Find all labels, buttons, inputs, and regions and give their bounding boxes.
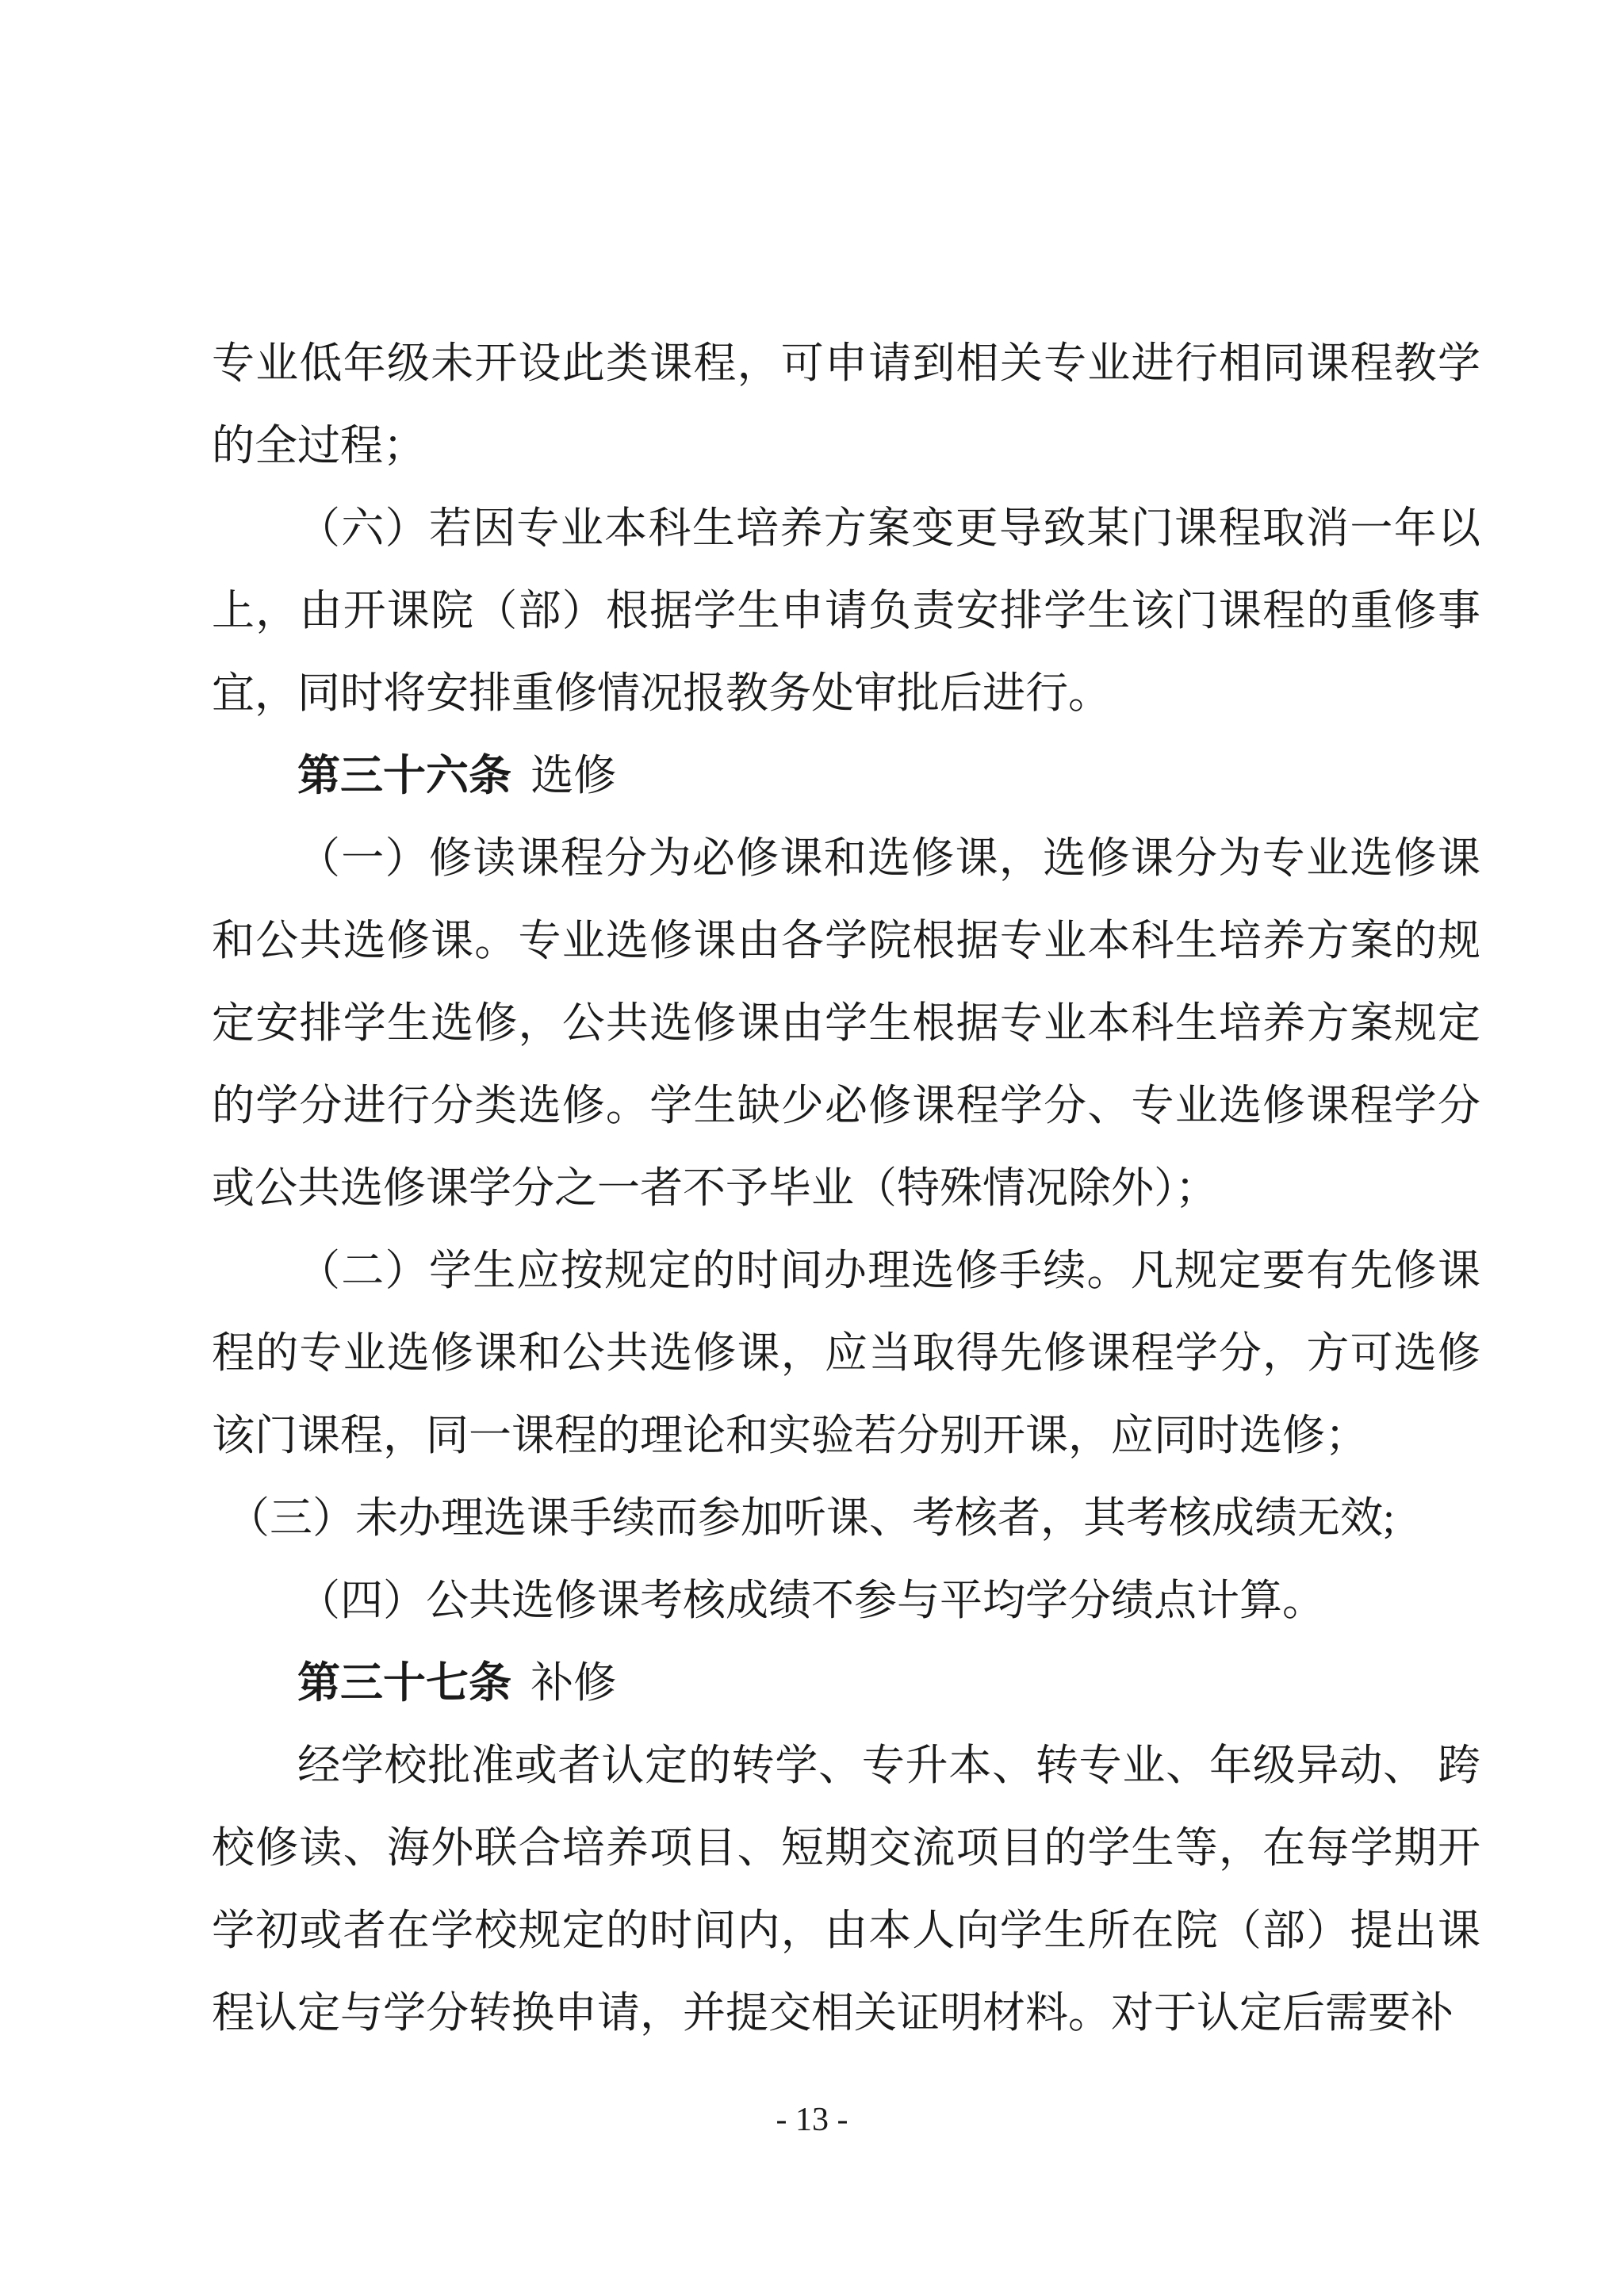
article-37-heading: 第三十七条补修 — [212, 1642, 1480, 1724]
page-number: - 13 - — [0, 2099, 1624, 2141]
clause-1-paragraph: （一）修读课程分为必修课和选修课，选修课分为专业选修课和公共选修课。专业选修课由… — [212, 817, 1480, 1229]
article-36-title: 选修 — [530, 752, 616, 799]
article-37-body-paragraph: 经学校批准或者认定的转学、专升本、转专业、年级异动、 跨校修读、海外联合培养项目… — [212, 1724, 1480, 2054]
clause-4-paragraph: （四）公共选修课考核成绩不参与平均学分绩点计算。 — [212, 1559, 1480, 1642]
body-text: 专业低年级未开设此类课程，可申请到相关专业进行相同课程教学的全过程； （六）若因… — [212, 322, 1480, 2054]
clause-3-paragraph: （三）未办理选课手续而参加听课、考核者，其考核成绩无效; — [212, 1477, 1480, 1559]
document-page: 专业低年级未开设此类课程，可申请到相关专业进行相同课程教学的全过程； （六）若因… — [0, 0, 1624, 2296]
article-36-heading: 第三十六条选修 — [212, 734, 1480, 817]
article-36-number: 第三十六条 — [297, 752, 511, 799]
paragraph-continuation: 专业低年级未开设此类课程，可申请到相关专业进行相同课程教学的全过程； — [212, 322, 1480, 487]
article-37-title: 补修 — [530, 1659, 616, 1707]
clause-6-paragraph: （六）若因专业本科生培养方案变更导致某门课程取消一年以上，由开课院（部）根据学生… — [212, 487, 1480, 734]
clause-2-paragraph: （二）学生应按规定的时间办理选修手续。凡规定要有先修课程的专业选修课和公共选修课… — [212, 1229, 1480, 1477]
article-37-number: 第三十七条 — [297, 1659, 511, 1707]
